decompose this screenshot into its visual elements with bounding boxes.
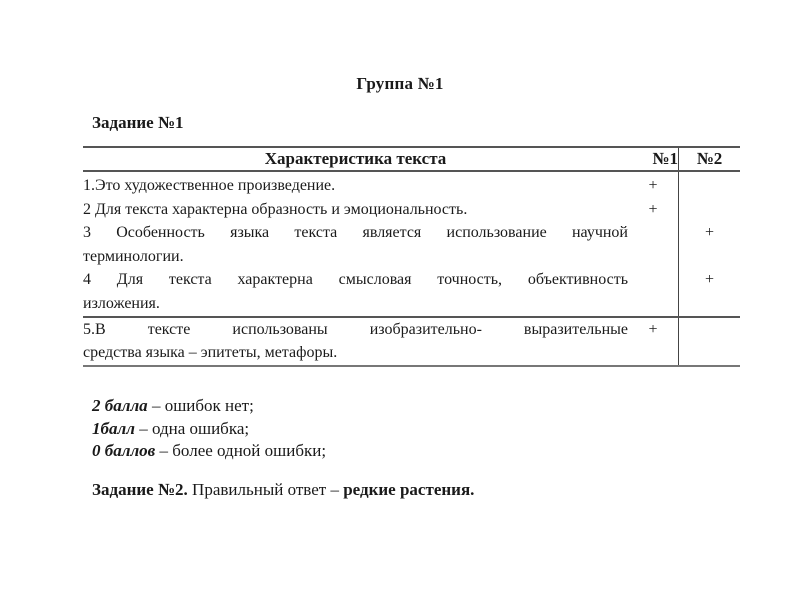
task2-label: Задание №2.	[92, 480, 188, 499]
row-1-col1-mark: +	[628, 174, 678, 198]
task1-title: Задание №1	[92, 113, 184, 133]
row-1-col2-mark	[679, 174, 740, 198]
score-text: – ошибок нет;	[148, 396, 254, 415]
row-3-col1-mark	[628, 221, 678, 245]
header-characteristic: Характеристика текста	[83, 147, 628, 171]
header-text2: №2	[679, 147, 741, 171]
row-4-text-line-1: 4 Для текста характерна смысловая точнос…	[83, 268, 628, 292]
row-5-col2	[679, 317, 741, 366]
row-3-text-line-2: терминологии.	[83, 245, 628, 269]
score-line-1: 1балл – одна ошибка;	[92, 418, 326, 441]
score-label: 0 баллов	[92, 441, 155, 460]
row-5-col1: +	[628, 317, 679, 366]
header-text1: №1	[628, 147, 679, 171]
characteristics-table: Характеристика текста №1 №2 1.Это художе…	[83, 146, 740, 367]
task2-answer: Задание №2. Правильный ответ – редкие ра…	[92, 480, 474, 500]
score-text: – одна ошибка;	[135, 419, 249, 438]
row-5-text-line-1: 5.В тексте использованы изобразительно- …	[83, 318, 628, 342]
row-2-col2-mark	[679, 198, 740, 222]
row-2-col1-mark: +	[628, 198, 678, 222]
score-line-2: 2 балла – ошибок нет;	[92, 395, 326, 418]
score-line-0: 0 баллов – более одной ошибки;	[92, 440, 326, 463]
row-text-block-1-4: 1.Это художественное произведение. 2 Для…	[83, 171, 628, 317]
row-3-col2-mark: +	[679, 221, 740, 245]
task2-text: Правильный ответ –	[188, 480, 343, 499]
row-5-text: 5.В тексте использованы изобразительно- …	[83, 317, 628, 366]
col2-block-1-4: + +	[679, 171, 741, 317]
row-1-text: 1.Это художественное произведение.	[83, 174, 628, 198]
table-row: 1.Это художественное произведение. 2 Для…	[83, 171, 740, 317]
task2-answer-value: редкие растения.	[343, 480, 474, 499]
row-5-col2-mark	[679, 318, 740, 342]
row-5-text-line-2: средства языка – эпитеты, метафоры.	[83, 341, 628, 365]
row-2-text: 2 Для текста характерна образность и эмо…	[83, 198, 628, 222]
col1-block-1-4: + +	[628, 171, 679, 317]
table-row: 5.В тексте использованы изобразительно- …	[83, 317, 740, 366]
row-4-col2-mark: +	[679, 268, 740, 292]
row-5-col1-mark: +	[628, 318, 678, 342]
row-4-text-line-2: изложения.	[83, 292, 628, 316]
scoring-criteria: 2 балла – ошибок нет; 1балл – одна ошибк…	[92, 395, 326, 463]
row-3-text-line-1: 3 Особенность языка текста является испо…	[83, 221, 628, 245]
score-label: 1балл	[92, 419, 135, 438]
score-label: 2 балла	[92, 396, 148, 415]
table-header-row: Характеристика текста №1 №2	[83, 147, 740, 171]
score-text: – более одной ошибки;	[155, 441, 326, 460]
row-4-col1-mark	[628, 268, 678, 292]
group-title: Группа №1	[0, 74, 800, 94]
